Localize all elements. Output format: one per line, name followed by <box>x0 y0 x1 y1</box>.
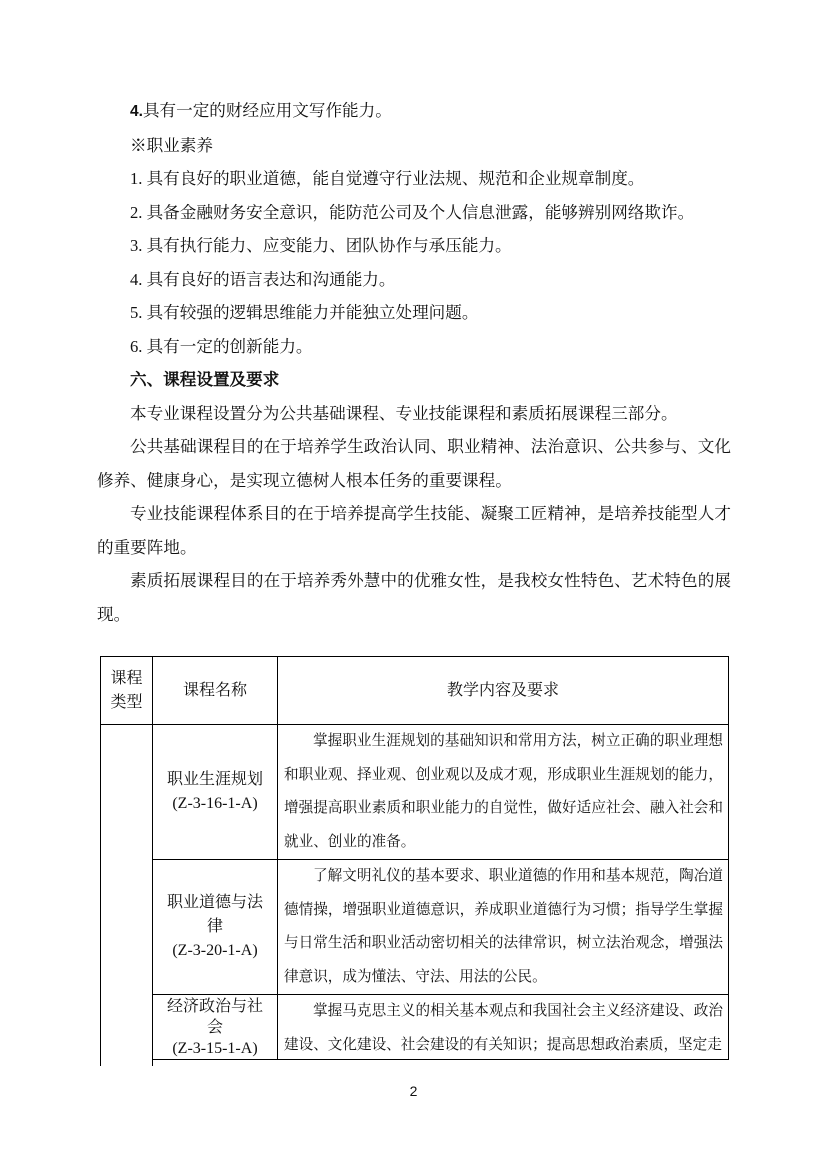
course-name-cell: 职业道德与法律 (Z-3-20-1-A) <box>153 860 278 995</box>
paragraph: 1. 具有良好的职业道德，能自觉遵守行业法规、规范和企业规章制度。 <box>97 162 731 196</box>
section-heading: 六、课程设置及要求 <box>97 363 731 397</box>
table-row: 职业生涯规划 (Z-3-16-1-A) 掌握职业生涯规划的基础知识和常用方法，树… <box>101 725 729 860</box>
course-description-cell: 掌握马克思主义的相关基本观点和我国社会主义经济建设、政治建设、文化建设、社会建设… <box>278 995 729 1060</box>
course-description: 掌握马克思主义的相关基本观点和我国社会主义经济建设、政治建设、文化建设、社会建设… <box>284 995 723 1059</box>
paragraph: 4.具有一定的财经应用文写作能力。 <box>97 94 731 129</box>
header-course-type: 课程类型 <box>101 657 153 725</box>
paragraph: 2. 具备金融财务安全意识，能防范公司及个人信息泄露，能够辨别网络欺诈。 <box>97 196 731 230</box>
paragraph: 素质拓展课程目的在于培养秀外慧中的优雅女性，是我校女性特色、艺术特色的展现。 <box>97 564 731 631</box>
course-table-container: 课程类型 课程名称 教学内容及要求 职业生涯规划 (Z-3-16-1-A) 掌握… <box>100 656 728 1060</box>
paragraph: 4. 具有良好的语言表达和沟通能力。 <box>97 263 731 297</box>
course-description-cell: 掌握职业生涯规划的基础知识和常用方法，树立正确的职业理想和职业观、择业观、创业观… <box>278 725 729 860</box>
course-name: 经济政治与社会 <box>163 996 267 1038</box>
table-continuation-border-left <box>100 1060 101 1066</box>
document-page: 4.具有一定的财经应用文写作能力。 ※职业素养 1. 具有良好的职业道德，能自觉… <box>0 0 827 1169</box>
paragraph: ※职业素养 <box>97 129 731 163</box>
course-description-cell: 了解文明礼仪的基本要求、职业道德的作用和基本规范，陶冶道德情操，增强职业道德意识… <box>278 860 729 995</box>
paragraph: 公共基础课程目的在于培养学生政治认同、职业精神、法治意识、公共参与、文化修养、健… <box>97 430 731 497</box>
table-continuation-border-right <box>152 1060 153 1066</box>
table-row: 职业道德与法律 (Z-3-20-1-A) 了解文明礼仪的基本要求、职业道德的作用… <box>101 860 729 995</box>
table-row: 经济政治与社会 (Z-3-15-1-A) 掌握马克思主义的相关基本观点和我国社会… <box>101 995 729 1060</box>
course-name-cell: 职业生涯规划 (Z-3-16-1-A) <box>153 725 278 860</box>
page-number: 2 <box>0 1082 827 1100</box>
paragraph: 本专业课程设置分为公共基础课程、专业技能课程和素质拓展课程三部分。 <box>97 397 731 431</box>
course-code: (Z-3-15-1-A) <box>163 1038 267 1059</box>
course-name: 职业道德与法律 <box>163 891 267 939</box>
course-name-cell: 经济政治与社会 (Z-3-15-1-A) <box>153 995 278 1060</box>
list-number: 4. <box>130 103 143 120</box>
paragraph: 3. 具有执行能力、应变能力、团队协作与承压能力。 <box>97 229 731 263</box>
course-name: 职业生涯规划 <box>163 768 267 792</box>
course-code: (Z-3-20-1-A) <box>163 939 267 963</box>
main-text: 4.具有一定的财经应用文写作能力。 ※职业素养 1. 具有良好的职业道德，能自觉… <box>97 94 731 631</box>
course-table: 课程类型 课程名称 教学内容及要求 职业生涯规划 (Z-3-16-1-A) 掌握… <box>100 656 729 1060</box>
course-description: 了解文明礼仪的基本要求、职业道德的作用和基本规范，陶冶道德情操，增强职业道德意识… <box>284 860 723 994</box>
paragraph-text: 具有一定的财经应用文写作能力。 <box>143 101 392 120</box>
paragraph: 5. 具有较强的逻辑思维能力并能独立处理问题。 <box>97 296 731 330</box>
course-code: (Z-3-16-1-A) <box>163 792 267 816</box>
header-course-name: 课程名称 <box>153 657 278 725</box>
header-teaching-content: 教学内容及要求 <box>278 657 729 725</box>
table-header-row: 课程类型 课程名称 教学内容及要求 <box>101 657 729 725</box>
paragraph: 6. 具有一定的创新能力。 <box>97 330 731 364</box>
category-cell <box>101 725 153 1060</box>
paragraph: 专业技能课程体系目的在于培养提高学生技能、凝聚工匠精神，是培养技能型人才的重要阵… <box>97 497 731 564</box>
course-description: 掌握职业生涯规划的基础知识和常用方法，树立正确的职业理想和职业观、择业观、创业观… <box>284 725 723 859</box>
